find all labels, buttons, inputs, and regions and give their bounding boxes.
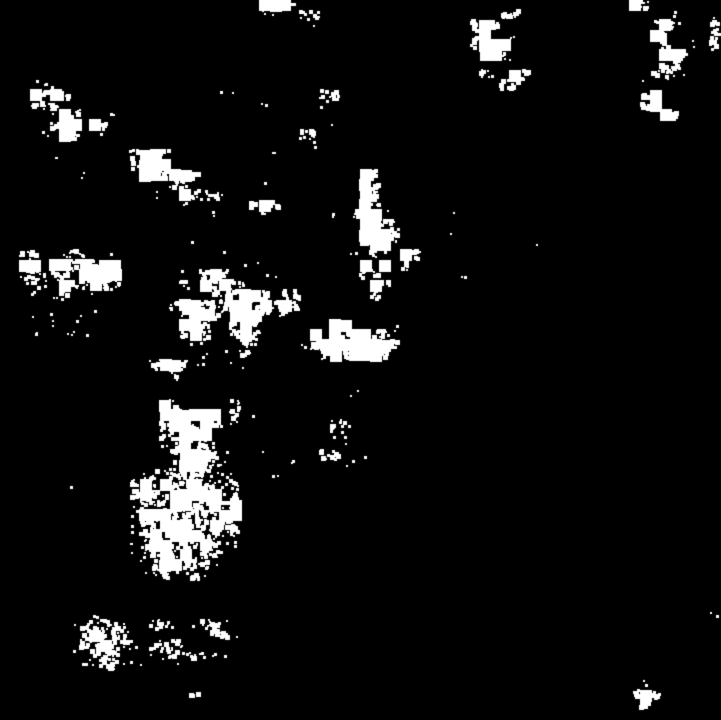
binary-mask-figure (0, 0, 721, 720)
binary-mask-image (0, 0, 721, 720)
